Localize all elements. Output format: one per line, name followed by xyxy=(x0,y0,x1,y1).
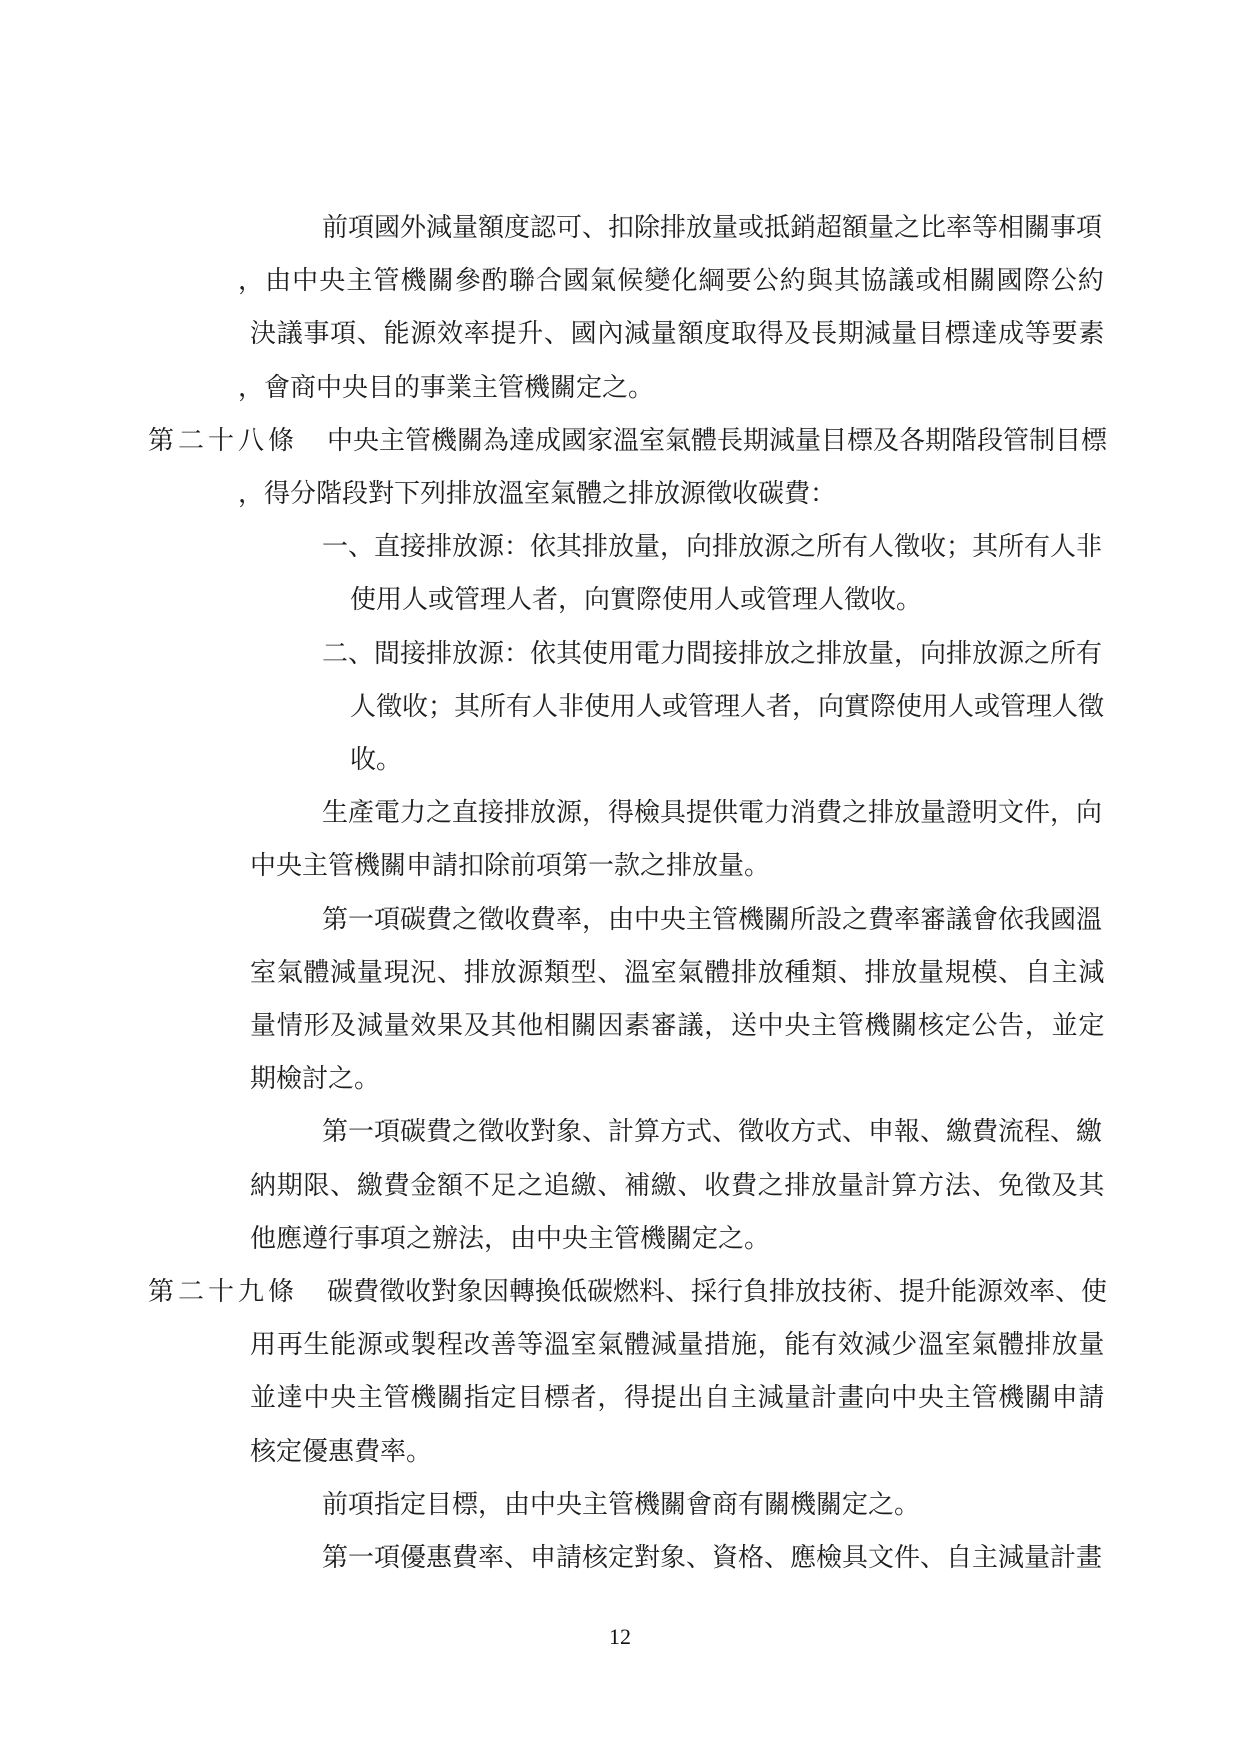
line-text: 中央主管機關申請扣除前項第一款之排放量。 xyxy=(250,839,770,893)
line-text: 收。 xyxy=(350,733,402,787)
text-line: 第二十八條中央主管機關為達成國家溫室氣體長期減量目標及各期階段管制目標 xyxy=(148,414,298,468)
text-line: 第一項優惠費率、申請核定對象、資格、應檢具文件、自主減量計畫 xyxy=(322,1531,1102,1585)
text-line: 第一項碳費之徵收對象、計算方式、徵收方式、申報、繳費流程、繳 xyxy=(322,1105,1102,1159)
text-line: 並達中央主管機關指定目標者，得提出自主減量計畫向中央主管機關申請 xyxy=(250,1371,1105,1425)
document-page: 前項國外減量額度認可、扣除排放量或抵銷超額量之比率等相關事項，由中央主管機關參酌… xyxy=(0,0,1240,1753)
text-line: ，得分階段對下列排放溫室氣體之排放源徵收碳費： xyxy=(238,467,836,521)
page-number: 12 xyxy=(0,1622,1240,1652)
line-text: 碳費徵收對象因轉換低碳燃料、採行負排放技術、提升能源效率、使 xyxy=(327,1265,1107,1319)
text-line: 量情形及減量效果及其他相關因素審議，送中央主管機關核定公告，並定 xyxy=(250,999,1105,1053)
line-text: 第一項優惠費率、申請核定對象、資格、應檢具文件、自主減量計畫 xyxy=(322,1531,1102,1585)
line-text: 第一項碳費之徵收對象、計算方式、徵收方式、申報、繳費流程、繳 xyxy=(322,1105,1102,1159)
line-text: 生產電力之直接排放源，得檢具提供電力消費之排放量證明文件，向 xyxy=(322,786,1102,840)
article-number: 第二十八條 xyxy=(148,414,298,468)
text-line: 決議事項、能源效率提升、國內減量額度取得及長期減量目標達成等要素 xyxy=(250,307,1105,361)
text-line: 他應遵行事項之辦法，由中央主管機關定之。 xyxy=(250,1212,770,1266)
line-text: 前項指定目標，由中央主管機關會商有關機關定之。 xyxy=(322,1478,920,1532)
line-text: 前項國外減量額度認可、扣除排放量或抵銷超額量之比率等相關事項 xyxy=(322,201,1102,255)
line-text: ，會商中央目的事業主管機關定之。 xyxy=(238,361,654,415)
text-line: ，會商中央目的事業主管機關定之。 xyxy=(238,361,654,415)
text-line: 收。 xyxy=(350,733,402,787)
line-text: 用再生能源或製程改善等溫室氣體減量措施，能有效減少溫室氣體排放量 xyxy=(250,1318,1105,1372)
line-text: 第一項碳費之徵收費率，由中央主管機關所設之費率審議會依我國溫 xyxy=(322,893,1102,947)
line-text: 室氣體減量現況、排放源類型、溫室氣體排放種類、排放量規模、自主減 xyxy=(250,946,1105,1000)
line-text: 納期限、繳費金額不足之追繳、補繳、收費之排放量計算方法、免徵及其 xyxy=(250,1159,1105,1213)
text-line: 前項指定目標，由中央主管機關會商有關機關定之。 xyxy=(322,1478,920,1532)
line-text: 一、直接排放源：依其排放量，向排放源之所有人徵收；其所有人非 xyxy=(322,520,1102,574)
line-text: 期檢討之。 xyxy=(250,1052,380,1106)
document-text-block: 前項國外減量額度認可、扣除排放量或抵銷超額量之比率等相關事項，由中央主管機關參酌… xyxy=(0,0,1240,1753)
text-line: 用再生能源或製程改善等溫室氣體減量措施，能有效減少溫室氣體排放量 xyxy=(250,1318,1105,1372)
article-number: 第二十九條 xyxy=(148,1265,298,1319)
line-text: 中央主管機關為達成國家溫室氣體長期減量目標及各期階段管制目標 xyxy=(327,414,1107,468)
line-text: 決議事項、能源效率提升、國內減量額度取得及長期減量目標達成等要素 xyxy=(250,307,1105,361)
line-text: 並達中央主管機關指定目標者，得提出自主減量計畫向中央主管機關申請 xyxy=(250,1371,1105,1425)
text-line: 核定優惠費率。 xyxy=(250,1425,432,1479)
text-line: 第二十九條碳費徵收對象因轉換低碳燃料、採行負排放技術、提升能源效率、使 xyxy=(148,1265,298,1319)
text-line: 第一項碳費之徵收費率，由中央主管機關所設之費率審議會依我國溫 xyxy=(322,893,1102,947)
text-line: 室氣體減量現況、排放源類型、溫室氣體排放種類、排放量規模、自主減 xyxy=(250,946,1105,1000)
text-line: 納期限、繳費金額不足之追繳、補繳、收費之排放量計算方法、免徵及其 xyxy=(250,1159,1105,1213)
text-line: ，由中央主管機關參酌聯合國氣候變化綱要公約與其協議或相關國際公約 xyxy=(238,254,1105,308)
line-text: 核定優惠費率。 xyxy=(250,1425,432,1479)
text-line: 使用人或管理人者，向實際使用人或管理人徵收。 xyxy=(350,573,922,627)
line-text: 二、間接排放源：依其使用電力間接排放之排放量，向排放源之所有 xyxy=(322,627,1102,681)
text-line: 一、直接排放源：依其排放量，向排放源之所有人徵收；其所有人非 xyxy=(322,520,1102,574)
line-text: 他應遵行事項之辦法，由中央主管機關定之。 xyxy=(250,1212,770,1266)
text-line: 前項國外減量額度認可、扣除排放量或抵銷超額量之比率等相關事項 xyxy=(322,201,1102,255)
text-line: 二、間接排放源：依其使用電力間接排放之排放量，向排放源之所有 xyxy=(322,627,1102,681)
line-text: 量情形及減量效果及其他相關因素審議，送中央主管機關核定公告，並定 xyxy=(250,999,1105,1053)
text-line: 期檢討之。 xyxy=(250,1052,380,1106)
text-line: 生產電力之直接排放源，得檢具提供電力消費之排放量證明文件，向 xyxy=(322,786,1102,840)
line-text: 使用人或管理人者，向實際使用人或管理人徵收。 xyxy=(350,573,922,627)
line-text: ，由中央主管機關參酌聯合國氣候變化綱要公約與其協議或相關國際公約 xyxy=(238,254,1105,308)
text-line: 中央主管機關申請扣除前項第一款之排放量。 xyxy=(250,839,770,893)
line-text: ，得分階段對下列排放溫室氣體之排放源徵收碳費： xyxy=(238,467,836,521)
line-text: 人徵收；其所有人非使用人或管理人者，向實際使用人或管理人徵 xyxy=(350,680,1104,734)
text-line: 人徵收；其所有人非使用人或管理人者，向實際使用人或管理人徵 xyxy=(350,680,1104,734)
